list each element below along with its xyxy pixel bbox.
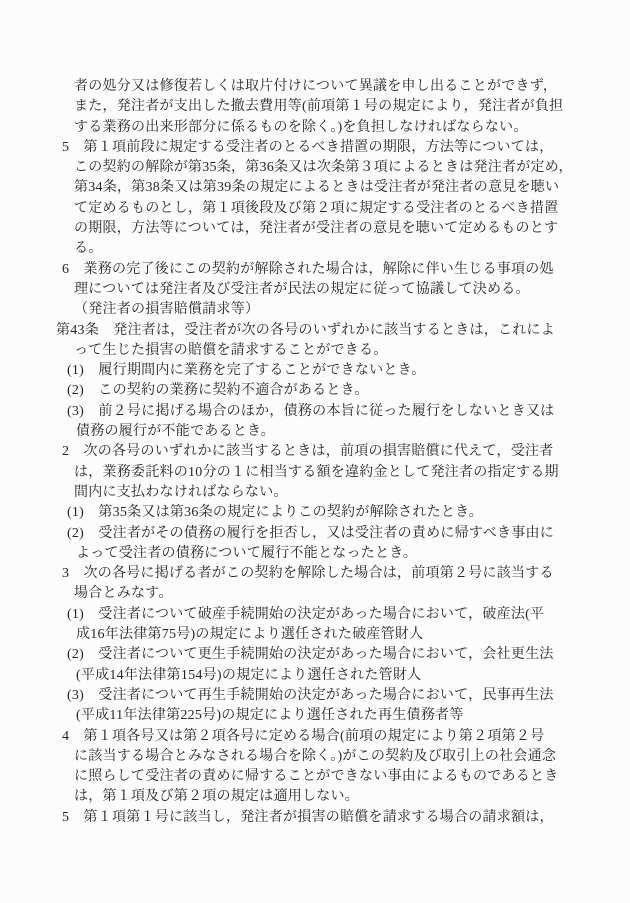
- document-line: (1) 受注者について破産手続開始の決定があった場合において，破産法(平: [56, 605, 576, 625]
- document-line: また，発注者が支出した撤去費用等(前項第１号の規定により，発注者が負担: [56, 97, 576, 117]
- document-line: (2) この契約の業務に契約不適合があるとき。: [56, 381, 576, 401]
- document-line: は，第１項及び第２項の規定は適用しない。: [56, 787, 576, 807]
- contract-document-page: 者の処分又は修復若しくは取片付けについて異議を申し出ることができず， また，発注…: [0, 0, 630, 903]
- document-line: の期限，方法等については，発注者が受注者の意見を聴いて定めるものとす: [56, 219, 576, 239]
- document-line: に該当する場合とみなされる場合を除く。)がこの契約及び取引上の社会通念: [56, 747, 576, 767]
- document-line: 4 第１項各号又は第２項各号に定める場合(前項の規定により第２項第２号: [56, 727, 576, 747]
- document-line: (平成14年法律第154号)の規定により選任された管財人: [56, 666, 576, 686]
- document-line: 第34条，第38条又は第39条の規定によるときは受注者が発注者の意見を聴い: [56, 178, 576, 198]
- document-line: 6 業務の完了後にこの契約が解除された場合は，解除に伴い生じる事項の処: [56, 260, 576, 280]
- document-line: は，業務委託料の10分の１に相当する額を違約金として発注者の指定する期: [56, 463, 576, 483]
- document-line: よって受注者の債務について履行不能となったとき。: [56, 544, 576, 564]
- document-line: 5 第１項第１号に該当し，発注者が損害の賠償を請求する場合の請求額は，: [56, 808, 576, 828]
- document-line: て定めるものとし，第１項後段及び第２項に規定する受注者のとるべき措置: [56, 199, 576, 219]
- document-line: 理については発注者及び受注者が民法の規定に従って協議して決める。: [56, 280, 576, 300]
- document-line: 成16年法律第75号)の規定により選任された破産管財人: [56, 625, 576, 645]
- document-line: (1) 第35条又は第36条の規定によりこの契約が解除されたとき。: [56, 503, 576, 523]
- document-line: この契約の解除が第35条，第36条又は次条第３項によるときは発注者が定め，: [56, 158, 576, 178]
- document-line: (2) 受注者について更生手続開始の決定があった場合において，会社更生法: [56, 645, 576, 665]
- document-line: (1) 履行期間内に業務を完了することができないとき。: [56, 361, 576, 381]
- document-line: って生じた損害の賠償を請求することができる。: [56, 341, 576, 361]
- document-line: る。: [56, 239, 576, 259]
- document-line: (2) 受注者がその債務の履行を拒否し，又は受注者の責めに帰すべき事由に: [56, 524, 576, 544]
- document-line: 2 次の各号のいずれかに該当するときは，前項の損害賠償に代えて，受注者: [56, 442, 576, 462]
- document-line: 債務の履行が不能であるとき。: [56, 422, 576, 442]
- contract-text-block: 者の処分又は修復若しくは取片付けについて異議を申し出ることができず， また，発注…: [56, 77, 576, 828]
- document-line: (3) 受注者について再生手続開始の決定があった場合において，民事再生法: [56, 686, 576, 706]
- article-heading-line: 第43条 発注者は，受注者が次の各号のいずれかに該当するときは，これによ: [56, 321, 576, 341]
- document-line: (3) 前２号に掲げる場合のほか，債務の本旨に従った履行をしないとき又は: [56, 402, 576, 422]
- document-line: 者の処分又は修復若しくは取片付けについて異議を申し出ることができず，: [56, 77, 576, 97]
- document-line: する業務の出来形部分に係るものを除く。)を負担しなければならない。: [56, 118, 576, 138]
- document-line: 3 次の各号に掲げる者がこの契約を解除した場合は，前項第２号に該当する: [56, 564, 576, 584]
- document-line: 間内に支払わなければならない。: [56, 483, 576, 503]
- document-line: に照らして受注者の責めに帰することができない事由によるものであるとき: [56, 767, 576, 787]
- section-caption-line: （発注者の損害賠償請求等）: [56, 300, 576, 320]
- document-line: (平成11年法律第225号)の規定により選任された再生債務者等: [56, 706, 576, 726]
- document-line: 場合とみなす。: [56, 584, 576, 604]
- document-line: 5 第１項前段に規定する受注者のとるべき措置の期限，方法等については，: [56, 138, 576, 158]
